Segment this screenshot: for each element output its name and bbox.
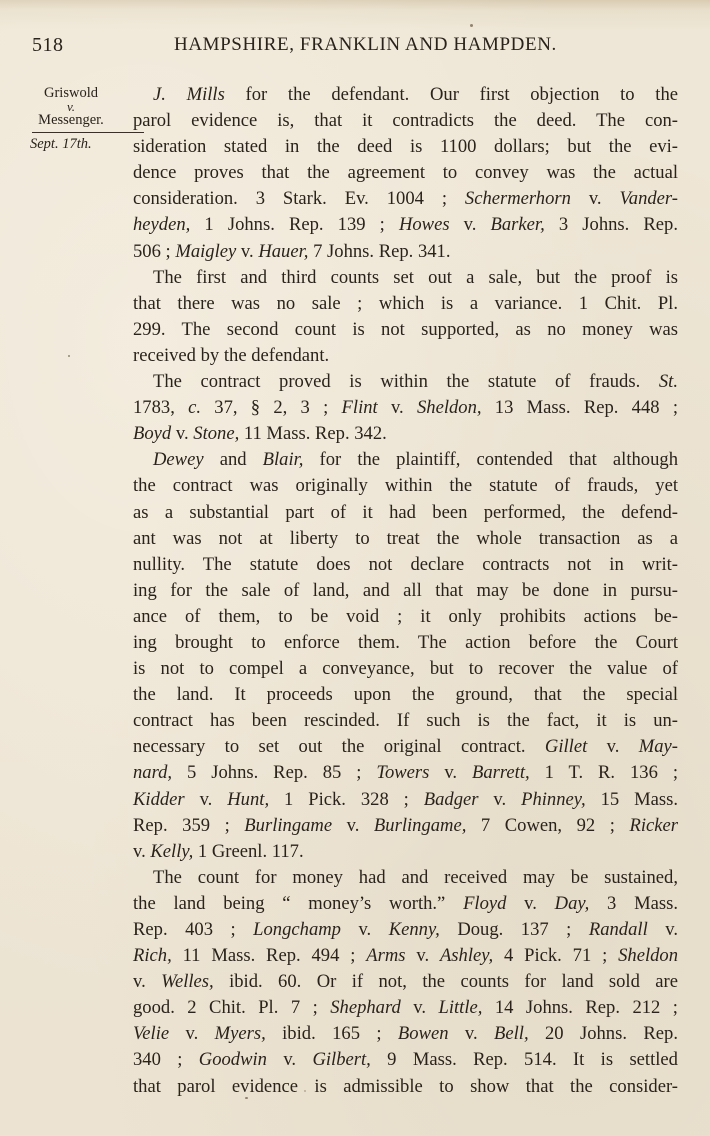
italic-citation: c. — [188, 397, 201, 418]
italic-citation: Burlingame, — [374, 815, 466, 836]
text-line: parol evidence is, that it contradicts t… — [133, 108, 678, 134]
text-segment: that there was no sale ; which is a vari… — [133, 293, 678, 314]
text-line: Rich, 11 Mass. Rep. 494 ; Arms v. Ashley… — [133, 943, 678, 969]
text-line: 340 ; Goodwin v. Gilbert, 9 Mass. Rep. 5… — [133, 1047, 678, 1073]
paper-speck — [304, 1090, 306, 1092]
text-segment: ibid. 165 ; — [266, 1023, 398, 1044]
text-segment: 14 Johns. Rep. 212 ; — [482, 997, 678, 1018]
italic-citation: Flint — [342, 397, 378, 418]
text-segment: 506 ; — [133, 241, 175, 262]
italic-citation: Kidder — [133, 789, 185, 810]
text-line: good. 2 Chit. Pl. 7 ; Shephard v. Little… — [133, 995, 678, 1021]
text-line: consideration. 3 Stark. Ev. 1004 ; Scher… — [133, 186, 678, 212]
text-segment: v. — [171, 423, 193, 444]
italic-citation: Rich, — [133, 945, 172, 966]
text-segment: v. — [571, 188, 620, 209]
text-segment: 13 Mass. Rep. 448 ; — [482, 397, 678, 418]
text-segment: nullity. The statute does not declare co… — [133, 554, 678, 575]
text-segment: the contract was originally within the s… — [133, 475, 678, 496]
italic-citation: Sheldon, — [417, 397, 482, 418]
text-line: Rep. 403 ; Longchamp v. Kenny, Doug. 137… — [133, 917, 678, 943]
text-line: is not to compel a conveyance, but to re… — [133, 656, 678, 682]
italic-citation: Howes — [399, 214, 450, 235]
italic-citation: Day, — [555, 893, 590, 914]
italic-citation: heyden, — [133, 214, 190, 235]
text-line: the contract was originally within the s… — [133, 473, 678, 499]
text-segment: 1783, — [133, 397, 188, 418]
text-segment: Doug. 137 ; — [440, 919, 589, 940]
text-segment: v. — [267, 1049, 312, 1070]
text-segment: 5 Johns. Rep. 85 ; — [172, 762, 376, 783]
text-segment: consideration. 3 Stark. Ev. 1004 ; — [133, 188, 465, 209]
italic-citation: Schermerhorn — [465, 188, 571, 209]
paper-speck — [470, 24, 473, 27]
italic-citation: Boyd — [133, 423, 171, 444]
text-segment: 4 Pick. 71 ; — [493, 945, 618, 966]
text-segment: 11 Mass. Rep. 342. — [239, 423, 387, 444]
text-segment: v. — [133, 971, 161, 992]
text-segment: good. 2 Chit. Pl. 7 ; — [133, 997, 330, 1018]
text-segment: Rep. 359 ; — [133, 815, 244, 836]
text-segment: for the defendant. Our first objection t… — [225, 84, 678, 105]
text-segment: ant was not at liberty to treat the whol… — [133, 528, 678, 549]
italic-citation: Phinney, — [521, 789, 586, 810]
italic-citation: Floyd — [463, 893, 506, 914]
italic-citation: Sheldon — [618, 945, 678, 966]
text-segment: v. — [587, 736, 639, 757]
text-segment: 340 ; — [133, 1049, 199, 1070]
italic-citation: Kenny, — [389, 919, 440, 940]
text-line: necessary to set out the original contra… — [133, 734, 678, 760]
text-segment: and — [204, 449, 263, 470]
text-segment: v. — [378, 397, 417, 418]
italic-citation: Badger — [424, 789, 479, 810]
text-line: dence proves that the agreement to conve… — [133, 160, 678, 186]
text-segment: v. — [449, 1023, 495, 1044]
text-line: ing brought to enforce them. The action … — [133, 630, 678, 656]
italic-citation: Goodwin — [199, 1049, 267, 1070]
text-segment: v. — [401, 997, 439, 1018]
italic-citation: Barrett, — [472, 762, 530, 783]
text-segment: v. — [479, 789, 522, 810]
italic-citation: Myers, — [215, 1023, 266, 1044]
italic-citation: Gilbert, — [312, 1049, 370, 1070]
text-segment: ance of them, to be void ; it only prohi… — [133, 606, 678, 627]
text-segment: v. — [450, 214, 491, 235]
text-line: Boyd v. Stone, 11 Mass. Rep. 342. — [133, 421, 678, 447]
running-head: 518 HAMPSHIRE, FRANKLIN AND HAMPDEN. — [32, 34, 682, 64]
italic-citation: J. Mills — [153, 84, 225, 105]
italic-citation: Dewey — [153, 449, 204, 470]
text-line: Dewey and Blair, for the plaintiff, cont… — [133, 447, 678, 473]
text-segment: necessary to set out the original contra… — [133, 736, 545, 757]
italic-citation: Ashley, — [440, 945, 493, 966]
text-segment: v. — [236, 241, 258, 262]
italic-citation: Shephard — [330, 997, 401, 1018]
text-segment: 3 Johns. Rep. — [545, 214, 678, 235]
italic-citation: Bowen — [398, 1023, 449, 1044]
text-segment: v. — [133, 841, 150, 862]
body-text: J. Mills for the defendant. Our first ob… — [133, 82, 678, 1100]
text-line: ant was not at liberty to treat the whol… — [133, 526, 678, 552]
paper-speck — [68, 355, 70, 357]
italic-citation: Welles, — [161, 971, 214, 992]
text-segment: 20 Johns. Rep. — [529, 1023, 678, 1044]
text-segment: 15 Mass. — [586, 789, 678, 810]
margin-note-defendant: Messenger. — [20, 113, 122, 128]
text-segment: The first and third counts set out a sal… — [153, 267, 678, 288]
text-line: v. Kelly, 1 Greenl. 117. — [133, 839, 678, 865]
text-line: The contract proved is within the statut… — [133, 369, 678, 395]
text-segment: ing for the sale of land, and all that m… — [133, 580, 678, 601]
italic-citation: Ricker — [629, 815, 678, 836]
text-segment: 299. The second count is not supported, … — [133, 319, 678, 340]
text-line: the land being “ money’s worth.” Floyd v… — [133, 891, 678, 917]
text-segment: received by the defendant. — [133, 345, 329, 366]
text-line: heyden, 1 Johns. Rep. 139 ; Howes v. Bar… — [133, 212, 678, 238]
text-line: v. Welles, ibid. 60. Or if not, the coun… — [133, 969, 678, 995]
text-segment: 9 Mass. Rep. 514. It is settled — [371, 1049, 678, 1070]
text-segment: is not to compel a conveyance, but to re… — [133, 658, 678, 679]
italic-citation: Velie — [133, 1023, 169, 1044]
italic-citation: Randall — [589, 919, 648, 940]
text-line: The count for money had and received may… — [133, 865, 678, 891]
running-head-title: HAMPSHIRE, FRANKLIN AND HAMPDEN. — [174, 34, 557, 56]
text-segment: as a substantial part of it had been per… — [133, 502, 678, 523]
page-number: 518 — [32, 34, 64, 57]
text-line: nard, 5 Johns. Rep. 85 ; Towers v. Barre… — [133, 760, 678, 786]
italic-citation: Gillet — [545, 736, 587, 757]
text-line: ing for the sale of land, and all that m… — [133, 578, 678, 604]
italic-citation: Longchamp — [253, 919, 341, 940]
italic-citation: Towers — [376, 762, 429, 783]
text-line: contract has been rescinded. If such is … — [133, 708, 678, 734]
text-segment: ibid. 60. Or if not, the counts for land… — [214, 971, 678, 992]
text-segment: for the plaintiff, contended that althou… — [303, 449, 678, 470]
text-segment: 3 Mass. — [589, 893, 678, 914]
text-line: ance of them, to be void ; it only prohi… — [133, 604, 678, 630]
italic-citation: Hauer, — [258, 241, 308, 262]
text-line: received by the defendant. — [133, 343, 678, 369]
text-line: the land. It proceeds upon the ground, t… — [133, 682, 678, 708]
text-line: Velie v. Myers, ibid. 165 ; Bowen v. Bel… — [133, 1021, 678, 1047]
text-line: that parol evidence is admissible to sho… — [133, 1074, 678, 1100]
text-segment: dence proves that the agreement to conve… — [133, 162, 678, 183]
text-segment: sideration stated in the deed is 1100 do… — [133, 136, 678, 157]
text-segment: v. — [648, 919, 678, 940]
text-segment: 1 Pick. 328 ; — [269, 789, 424, 810]
text-segment: v. — [332, 815, 374, 836]
italic-citation: Little, — [438, 997, 482, 1018]
italic-citation: Hunt, — [227, 789, 269, 810]
italic-citation: Kelly, — [150, 841, 193, 862]
text-segment: v. — [506, 893, 554, 914]
text-segment: 7 Johns. Rep. 341. — [308, 241, 450, 262]
margin-note-date: Sept. 17th. — [20, 137, 122, 152]
text-segment: parol evidence is, that it contradicts t… — [133, 110, 678, 131]
text-line: that there was no sale ; which is a vari… — [133, 291, 678, 317]
text-line: Kidder v. Hunt, 1 Pick. 328 ; Badger v. … — [133, 787, 678, 813]
text-segment: 37, § 2, 3 ; — [201, 397, 342, 418]
text-segment: 11 Mass. Rep. 494 ; — [172, 945, 367, 966]
text-line: Rep. 359 ; Burlingame v. Burlingame, 7 C… — [133, 813, 678, 839]
text-segment: The contract proved is within the statut… — [153, 371, 659, 392]
text-line: J. Mills for the defendant. Our first ob… — [133, 82, 678, 108]
margin-note-divider — [32, 132, 144, 133]
text-line: The first and third counts set out a sal… — [133, 265, 678, 291]
text-segment: 7 Cowen, 92 ; — [466, 815, 629, 836]
italic-citation: Arms — [366, 945, 405, 966]
text-segment: v. — [406, 945, 440, 966]
text-segment: 1 T. R. 136 ; — [530, 762, 678, 783]
italic-citation: St. — [659, 371, 678, 392]
text-segment: v. — [185, 789, 228, 810]
text-segment: 1 Greenl. 117. — [193, 841, 303, 862]
italic-citation: Maigley — [175, 241, 236, 262]
text-segment: 1 Johns. Rep. 139 ; — [190, 214, 399, 235]
text-line: nullity. The statute does not declare co… — [133, 552, 678, 578]
paper-speck — [245, 1097, 248, 1099]
text-segment: v. — [341, 919, 389, 940]
text-segment: v. — [429, 762, 472, 783]
italic-citation: Barker, — [491, 214, 545, 235]
text-segment: ing brought to enforce them. The action … — [133, 632, 678, 653]
italic-citation: Stone, — [193, 423, 239, 444]
text-segment: contract has been rescinded. If such is … — [133, 710, 678, 731]
italic-citation: Bell, — [494, 1023, 529, 1044]
text-line: sideration stated in the deed is 1100 do… — [133, 134, 678, 160]
text-segment: the land. It proceeds upon the ground, t… — [133, 684, 678, 705]
italic-citation: nard, — [133, 762, 172, 783]
text-segment: that parol evidence is admissible to sho… — [133, 1076, 678, 1097]
text-line: 506 ; Maigley v. Hauer, 7 Johns. Rep. 34… — [133, 239, 678, 265]
text-line: 1783, c. 37, § 2, 3 ; Flint v. Sheldon, … — [133, 395, 678, 421]
text-segment: Rep. 403 ; — [133, 919, 253, 940]
italic-citation: May- — [639, 736, 678, 757]
italic-citation: Burlingame — [244, 815, 332, 836]
book-page: 518 HAMPSHIRE, FRANKLIN AND HAMPDEN. Gri… — [0, 0, 710, 1136]
text-line: as a substantial part of it had been per… — [133, 500, 678, 526]
text-segment: the land being “ money’s worth.” — [133, 893, 463, 914]
italic-citation: Blair, — [263, 449, 304, 470]
margin-note-case-caption: Griswold v. Messenger. Sept. 17th. — [20, 86, 122, 152]
text-line: 299. The second count is not supported, … — [133, 317, 678, 343]
text-segment: v. — [169, 1023, 215, 1044]
text-segment: The count for money had and received may… — [153, 867, 678, 888]
italic-citation: Vander- — [619, 188, 678, 209]
